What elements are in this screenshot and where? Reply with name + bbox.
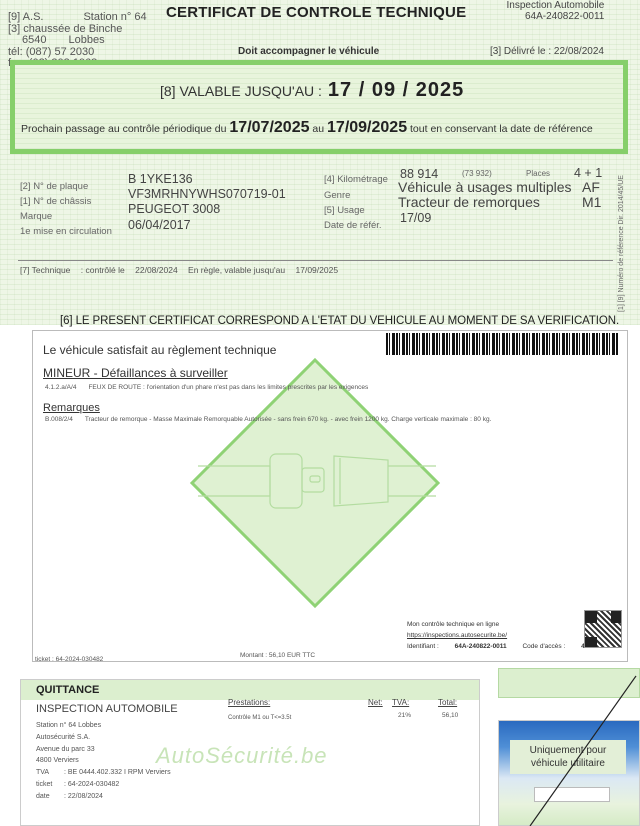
usage-code: M1 [582, 194, 601, 210]
remark-code: B.008/2/4 [45, 416, 73, 423]
technique-checked-date: 22/08/2024 [135, 265, 178, 275]
next-inspection-from: 17/07/2025 [229, 119, 309, 136]
mileage-label: [4] Kilométrage [324, 174, 388, 185]
compliance-statement: Le véhicule satisfait au règlement techn… [43, 343, 276, 357]
tva-header: TVA: [392, 698, 409, 707]
minor-defects-heading: MINEUR - Défaillances à surveiller [43, 366, 228, 380]
receipt-date-label: date [36, 791, 64, 803]
utility-top-band [498, 668, 640, 698]
usage-label: [5] Usage [324, 205, 365, 216]
next-inspection-to: 17/09/2025 [327, 119, 407, 136]
delivery-date: [3] Délivré le : 22/08/2024 [490, 46, 604, 57]
identifier-value: 64A-240822-0011 [455, 643, 507, 650]
next-inspection-between: au [312, 123, 324, 135]
receipt-station: Station n° 64 Lobbes [36, 720, 171, 732]
remarks-heading: Remarques [43, 402, 100, 414]
valid-until: [8] VALABLE JUSQU'AU :17 / 09 / 2025 [160, 79, 464, 102]
receipt-tva-value: : BE 0444.402.332 I RPM Verviers [64, 769, 171, 776]
receipt-ticket-label: ticket [36, 779, 64, 791]
reference-date-value: 17/09 [400, 211, 431, 225]
service-total-value: 56,10 [442, 712, 458, 719]
services-header: Prestations: [228, 698, 270, 707]
receipt-company: INSPECTION AUTOMOBILE [36, 703, 178, 715]
plate-value: B 1YKE136 [128, 172, 193, 186]
remark-text: Tracteur de remorque - Masse Maximale Re… [85, 416, 492, 423]
receipt-title: QUITTANCE [36, 684, 99, 696]
remark-row: B.008/2/4Tracteur de remorque - Masse Ma… [45, 416, 491, 423]
barcode [386, 333, 618, 355]
receipt-address: Station n° 64 Lobbes Autosécurité S.A. A… [36, 720, 171, 803]
genre-label: Genre [324, 190, 350, 201]
technique-label: [7] Technique [20, 265, 70, 275]
as-label: [9] A.S. [8, 11, 43, 23]
directive-reference: [1] [9] Numéro de référence Dir. 2014/45… [618, 175, 625, 312]
document-title: CERTIFICAT DE CONTROLE TECHNIQUE [166, 4, 466, 21]
next-inspection-label: Prochain passage au contrôle périodique … [21, 123, 226, 135]
receipt-ticket-value: : 64-2024-030482 [64, 781, 119, 788]
receipt-city: 4800 Verviers [36, 755, 171, 767]
utility-label-line1: Uniquement pour [510, 744, 626, 757]
reference-date-label: Date de référ. [324, 220, 382, 231]
total-header: Total: [438, 698, 457, 707]
service-tva-value: 21% [398, 712, 411, 719]
station-street: [3] chaussée de Binche [8, 23, 122, 35]
ticket-number: ticket : 64-2024-030482 [35, 656, 103, 663]
first-registration-value: 06/04/2017 [128, 218, 191, 232]
next-inspection-suffix: tout en conservant la date de référence [410, 123, 593, 135]
plate-label: [2] N° de plaque [20, 181, 88, 192]
certificate-statement: [6] LE PRESENT CERTIFICAT CORRESPOND A L… [60, 315, 619, 327]
brand-value: PEUGEOT 3008 [128, 202, 220, 216]
usage-value: Tracteur de remorques [398, 194, 540, 210]
autosecurite-watermark: AutoSécurité.be [156, 743, 328, 769]
receipt-street: Avenue du parc 33 [36, 744, 171, 756]
amount-total: Montant : 56,10 EUR TTC [240, 652, 315, 659]
technique-valid-label: En règle, valable jusqu'au [188, 265, 285, 275]
valid-until-date: 17 / 09 / 2025 [328, 79, 464, 101]
utility-label-line2: véhicule utilitaire [510, 757, 626, 770]
inspection-reference: Inspection Automobile 64A-240822-0011 [500, 0, 604, 22]
inspection-number: 64A-240822-0011 [525, 11, 604, 22]
brand-label: Marque [20, 211, 52, 222]
technique-checked-label: : contrôlé le [81, 265, 125, 275]
places-value: 4 + 1 [574, 166, 602, 180]
mileage-previous: (73 932) [462, 169, 492, 178]
minor-defect-text: FEUX DE ROUTE : l'orientation d'un phare… [88, 384, 368, 391]
minor-defect-code: 4.1.2.a/A/4 [45, 384, 76, 391]
receipt-date-value: : 22/08/2024 [64, 793, 103, 800]
receipt-firm: Autosécurité S.A. [36, 732, 171, 744]
accompany-notice: Doit accompagner le véhicule [238, 46, 379, 57]
utility-vehicle-field [534, 787, 610, 802]
station-city: Lobbes [68, 34, 104, 46]
station-postcode: 6540 [22, 34, 46, 46]
receipt-tva-label: TVA [36, 767, 64, 779]
net-header: Net: [368, 698, 383, 707]
chassis-label: [1] N° de châssis [20, 196, 91, 207]
online-url-link[interactable]: https://inspections.autosecurite.be/ [407, 632, 507, 639]
service-line-item: Contrôle M1 ou T<=3.5t [228, 715, 291, 721]
station-tel: tél: (087) 57 2030 [8, 46, 94, 58]
technique-divider [18, 260, 613, 261]
technique-valid-date: 17/09/2025 [296, 265, 339, 275]
chassis-value: VF3MRHNYWHS070719-01 [128, 187, 286, 201]
access-code-label: Code d'accès : [522, 643, 565, 650]
inspection-label: Inspection Automobile [500, 0, 604, 11]
first-registration-label: 1e mise en circulation [20, 226, 112, 237]
online-access: Mon contrôle technique en ligne https://… [407, 619, 610, 652]
qr-code[interactable] [584, 610, 622, 648]
validity-box: [8] VALABLE JUSQU'AU :17 / 09 / 2025 Pro… [10, 60, 628, 154]
seatbelt-diamond-emblem [188, 356, 442, 610]
next-inspection: Prochain passage au contrôle périodique … [21, 119, 593, 137]
technique-row: [7] Technique : contrôlé le 22/08/2024 E… [20, 265, 346, 275]
station-number: Station n° 64 [83, 11, 146, 23]
identifier-label: Identifiant : [407, 643, 439, 650]
utility-vehicle-label: Uniquement pour véhicule utilitaire [510, 740, 626, 774]
minor-defect-row: 4.1.2.a/A/4FEUX DE ROUTE : l'orientation… [45, 384, 368, 391]
places-label: Places [526, 169, 550, 178]
online-title: Mon contrôle technique en ligne [407, 619, 610, 630]
genre-value: Véhicule à usages multiples [398, 179, 572, 195]
genre-code: AF [582, 179, 600, 195]
valid-until-label: [8] VALABLE JUSQU'AU : [160, 83, 322, 99]
